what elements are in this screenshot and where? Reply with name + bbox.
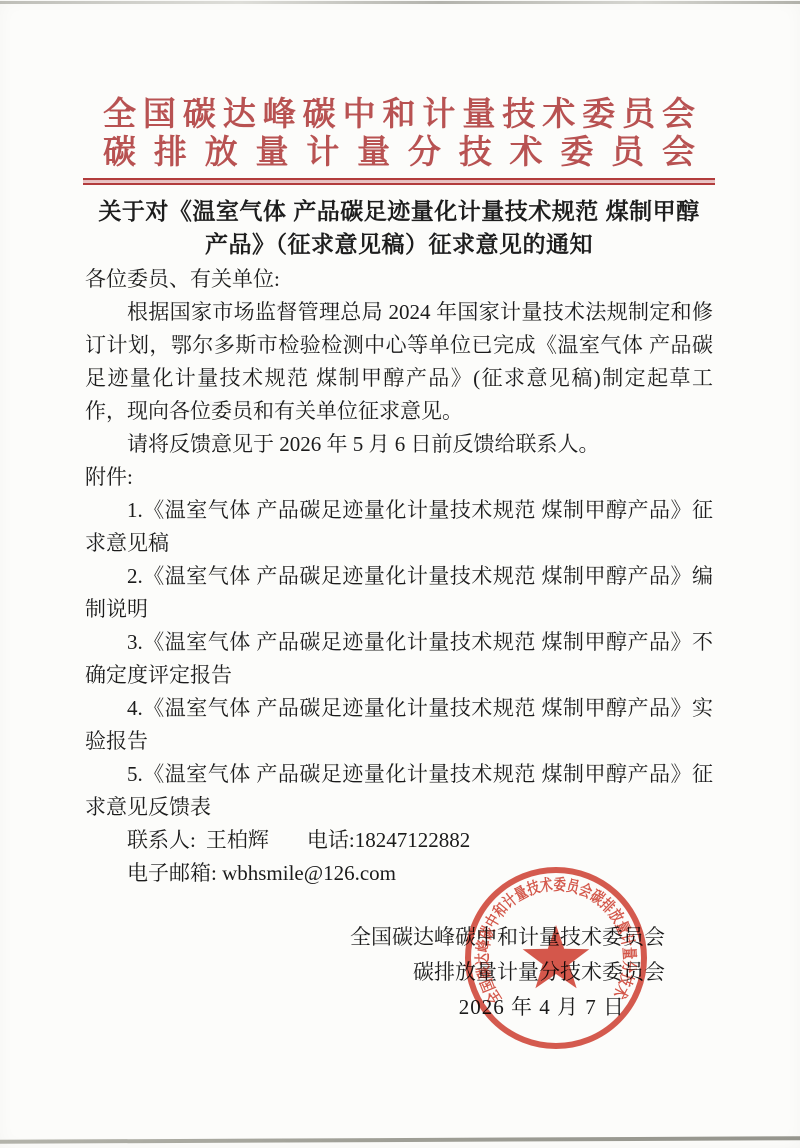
- attachment-item-4: 4.《温室气体 产品碳足迹量化计量技术规范 煤制甲醇产品》实验报告: [85, 692, 713, 758]
- document-body: 各位委员、有关单位: 根据国家市场监督管理总局 2024 年国家计量技术法规制定…: [85, 263, 713, 890]
- email-address: wbhsmile@126.com: [222, 861, 396, 885]
- letterhead-org-line2: 碳排放量计量分技术委员会: [103, 134, 695, 172]
- contact-phone-label: 电话:: [307, 828, 355, 852]
- letterhead: 全国碳达峰碳中和计量技术委员会 碳排放量计量分技术委员会: [103, 96, 695, 172]
- email-line: 电子邮箱: wbhsmile@126.com: [85, 857, 713, 890]
- scan-edge-bottom: [0, 1136, 800, 1144]
- document-title-line2: 产品》（征求意见稿）征求意见的通知: [205, 231, 593, 257]
- attachment-item-1: 1.《温室气体 产品碳足迹量化计量技术规范 煤制甲醇产品》征求意见稿: [85, 494, 713, 560]
- paragraph-deadline: 请将反馈意见于 2026 年 5 月 6 日前反馈给联系人。: [85, 428, 713, 461]
- contact-line: 联系人:王柏辉电话:18247122882: [85, 824, 713, 857]
- signature-org-line2: 碳排放量计量分技术委员会: [85, 955, 665, 990]
- attachment-item-5: 5.《温室气体 产品碳足迹量化计量技术规范 煤制甲醇产品》征求意见反馈表: [85, 758, 713, 824]
- email-label: 电子邮箱:: [127, 861, 217, 885]
- attachment-item-2: 2.《温室气体 产品碳足迹量化计量技术规范 煤制甲醇产品》编制说明: [85, 560, 713, 626]
- scanned-notice-page: 全国碳达峰碳中和计量技术委员会 碳排放量计量分技术委员会 关于对《温室气体 产品…: [0, 0, 800, 1148]
- signature-block: 全国碳达峰碳中和计量技术委员会 碳排放量计量分技术委员会 2026 年 4 月 …: [85, 920, 713, 1025]
- document-title: 关于对《温室气体 产品碳足迹量化计量技术规范 煤制甲醇 产品》（征求意见稿）征求…: [85, 195, 713, 261]
- letterhead-divider-rule: [83, 178, 715, 185]
- document-title-line1: 关于对《温室气体 产品碳足迹量化计量技术规范 煤制甲醇: [98, 198, 699, 224]
- contact-phone: 18247122882: [355, 828, 471, 852]
- attachments-label: 附件:: [85, 461, 713, 494]
- document-content: 全国碳达峰碳中和计量技术委员会 碳排放量计量分技术委员会 关于对《温室气体 产品…: [85, 0, 713, 1025]
- salutation: 各位委员、有关单位:: [85, 263, 713, 296]
- contact-name: 王柏辉: [206, 828, 269, 852]
- signature-date: 2026 年 4 月 7 日: [85, 990, 665, 1025]
- paragraph-background: 根据国家市场监督管理总局 2024 年国家计量技术法规制定和修订计划，鄂尔多斯市…: [85, 296, 713, 428]
- contact-label: 联系人:: [127, 828, 196, 852]
- signature-org-line1: 全国碳达峰碳中和计量技术委员会: [85, 920, 665, 955]
- attachment-item-3: 3.《温室气体 产品碳足迹量化计量技术规范 煤制甲醇产品》不确定度评定报告: [85, 626, 713, 692]
- letterhead-org-line1: 全国碳达峰碳中和计量技术委员会: [103, 96, 695, 134]
